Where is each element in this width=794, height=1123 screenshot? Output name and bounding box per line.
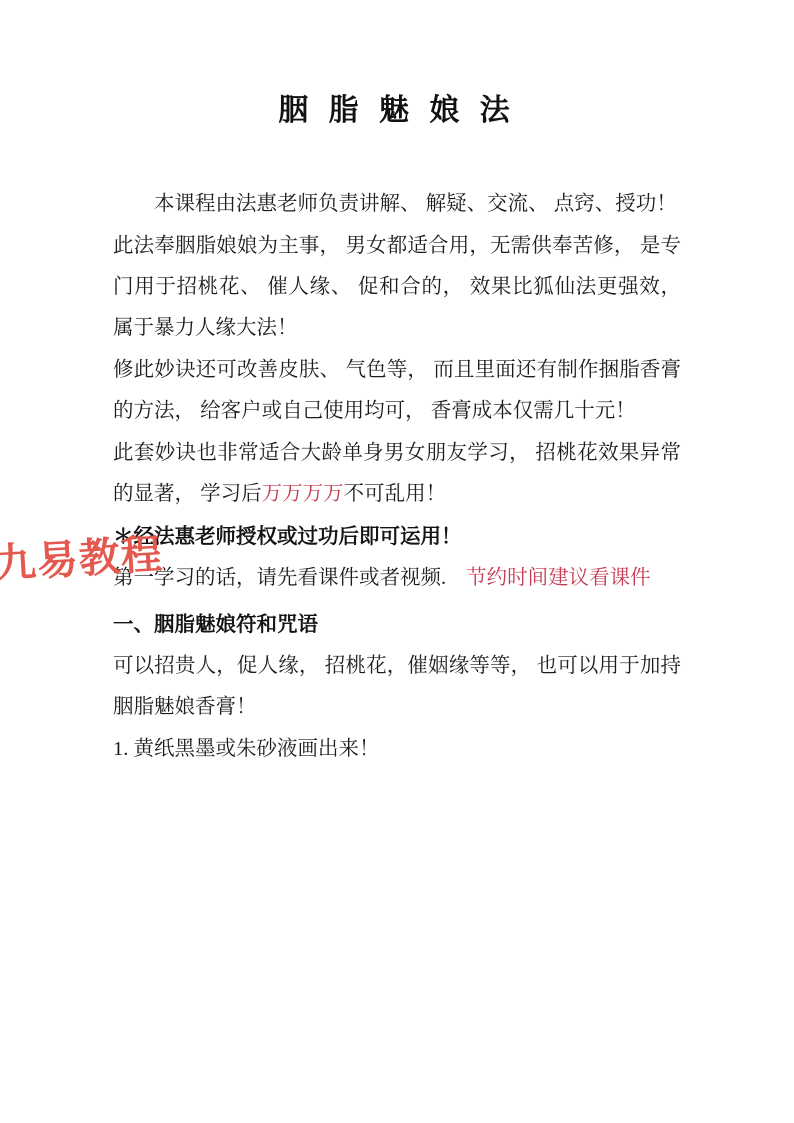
paragraph-intro: 本课程由法惠老师负责讲解、 解疑、交流、 点窍、授功！ (113, 184, 681, 225)
document-body: 本课程由法惠老师负责讲解、 解疑、交流、 点窍、授功！ 此法奉胭脂娘娘为主事， … (113, 184, 681, 770)
warning-text-after: 不可乱用！ (344, 483, 447, 505)
paragraph-talisman-uses: 可以招贵人，促人缘， 招桃花，催姻缘等等， 也可以用于加持胭脂魅娘香膏！ (113, 646, 681, 728)
paragraph-authorization: ＊经法惠老师授权或过功后即可运用！ (113, 516, 681, 557)
section-heading-talisman: 一、胭脂魅娘符和咒语 (113, 604, 681, 645)
paragraph-benefits: 修此妙诀还可改善皮肤、 气色等， 而且里面还有制作捆脂香膏的方法， 给客户或自己… (113, 350, 681, 432)
document-page: 九易教程 胭 脂 魅 娘 法 本课程由法惠老师负责讲解、 解疑、交流、 点窍、授… (0, 0, 794, 1123)
paragraph-study-tip: 第一学习的话，请先看课件或者视频.节约时间建议看课件 (113, 558, 681, 599)
paragraph-step-1: 1. 黄纸黑墨或朱砂液画出来！ (113, 729, 681, 770)
warning-emphasis-red: 万万万万 (262, 483, 344, 505)
study-tip-red-note: 节约时间建议看课件 (466, 567, 651, 589)
paragraph-warning: 此套妙诀也非常适合大龄单身男女朋友学习， 招桃花效果异常的显著， 学习后万万万万… (113, 433, 681, 515)
paragraph-method-overview: 此法奉胭脂娘娘为主事， 男女都适合用，无需供奉苦修， 是专门用于招桃花、 催人缘… (113, 226, 681, 349)
page-title: 胭 脂 魅 娘 法 (0, 0, 794, 132)
